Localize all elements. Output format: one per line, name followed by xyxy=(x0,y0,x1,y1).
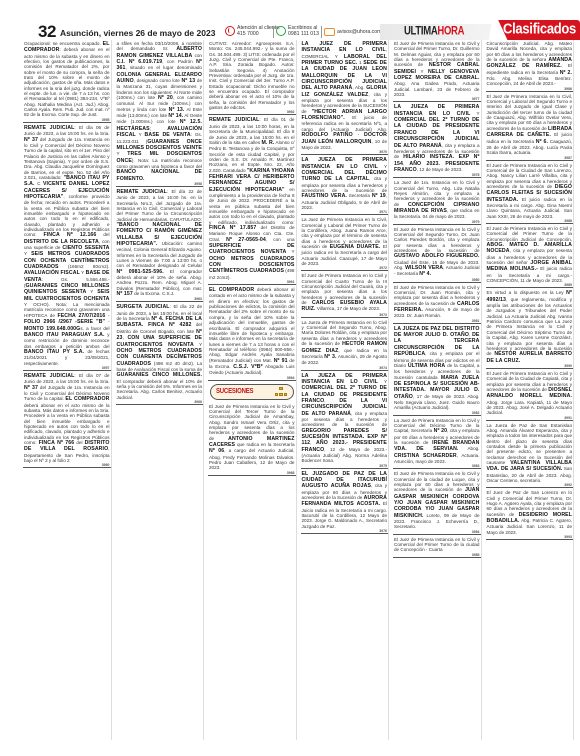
legal-notice: La Juez de 1ra. Instancia en lo Civil y … xyxy=(393,179,481,224)
highlighted-name: LA JUEZA DE PAZ DEL DISTRITO DE MAYOR JU… xyxy=(394,326,480,338)
legal-notice: El Juez de Primera Instancia en lo Civil… xyxy=(486,225,574,288)
highlighted-name: LA JUEZA DE PRIMERA INSTANCIA EN LO CIVI… xyxy=(394,104,480,116)
highlighted-name: Nº 91 xyxy=(274,358,288,364)
notice-code: 3966 xyxy=(117,400,203,404)
highlighted-name: M. R. xyxy=(261,140,274,146)
contact-whatsapp-value: 0981 111 013 xyxy=(288,31,319,37)
notice-code: 3986 xyxy=(487,87,573,91)
highlighted-name: BANCO NACIONAL DE FOMENTO. xyxy=(117,169,203,181)
highlighted-name: FOLIO 2966 /2967 -SERIE "B" xyxy=(24,319,105,325)
notice-text: REMATE JUDICIAL: El día 06 de Junio de 2… xyxy=(24,125,110,366)
column-6: Circunscripción Judicial, Abg. Mateo Dav… xyxy=(486,40,575,740)
highlighted-name: DIOSNEL ARNALDO MORELL MEDINA. xyxy=(487,387,573,399)
notice-text: CUTIVO: Acreedor: Agroexpress S.A. Monto… xyxy=(209,41,295,110)
highlighted-name: SUPERFICIE DE CUATROCIENTOS NOVENTA xyxy=(209,243,295,255)
highlighted-name: COMERCIAL DEL DÉCIMO TURNO DE LA CAPITAL xyxy=(302,170,388,182)
notice-code: 3972 xyxy=(302,266,388,270)
notice-code: 3978 xyxy=(394,173,480,177)
legal-notice: REMATE JUDICIAL: El día 07 de Junio de 2… xyxy=(23,372,111,469)
notice-code: 3968 xyxy=(209,471,295,475)
notice-text: El Juez de Primera Instancia en lo Civil… xyxy=(487,226,573,283)
highlighted-name: C.S.J. VºBº xyxy=(233,364,262,370)
column-1: Ocupacional: se encuentra ocupado. EL CO… xyxy=(23,40,112,740)
notice-code: 3983 xyxy=(394,464,480,468)
highlighted-name: MONTO 199.648.000G xyxy=(24,326,80,332)
notice-code: 3961 xyxy=(209,280,295,284)
highlighted-name: ABOG. MATEO D. AMARILLA NOCEDA xyxy=(487,242,573,254)
highlighted-name: Nº 19 xyxy=(372,193,386,199)
notice-text: La Juez de Primera Instancia en lo Civil… xyxy=(302,217,388,266)
highlighted-name: Nº 37 xyxy=(24,385,38,391)
notice-code: 3960 xyxy=(24,463,110,467)
highlighted-name: EL COMPRADOR xyxy=(24,41,110,53)
highlighted-name: REMATE JUDICIAL xyxy=(117,189,167,195)
legal-notice: a sfiles en fecha 03/10/2008, a nombre d… xyxy=(116,40,204,187)
highlighted-name: DIEGO CARLOS FLEITAS S/ SUCESIÓN INTESTA… xyxy=(487,184,573,203)
notice-text: El Juez de Primera Instancia en lo Civil… xyxy=(487,163,573,219)
highlighted-name: "BANCO NACIONAL DE FOMENTO C/ RAMÓN GIMÉ… xyxy=(117,222,203,247)
notice-code: 3958 xyxy=(117,182,203,186)
issue-date: Asunción, viernes 26 de mayo de 2023 xyxy=(60,28,215,38)
highlighted-name: GUSTAVO ADOLFO FIGUEREDO. xyxy=(394,253,480,259)
contact-email[interactable]: avisos@uhora.com.py xyxy=(324,28,388,36)
column-2: a sfiles en fecha 03/10/2008, a nombre d… xyxy=(116,40,205,740)
notice-text: LA JUEZ DE PRIMERA INSTANCIA EN LO CIVIL… xyxy=(302,41,388,150)
notice-text: a sfiles en fecha 03/10/2008, a nombre d… xyxy=(117,41,203,181)
highlighted-name: RODOLFO PATIÑO xyxy=(302,132,353,138)
legal-notice: LA JUEZA DE PRIMERA INSTANCIA EN LO CIVI… xyxy=(301,372,389,469)
highlighted-name: Nº 20 xyxy=(158,95,173,101)
highlighted-name: AÑO 2023. PRESIDENTE FRANCO xyxy=(394,161,480,173)
highlighted-name: Nº 6. xyxy=(536,139,548,145)
notice-code: 3963 xyxy=(117,297,203,301)
highlighted-name: AÑO 2023.- PRESIDENTE FRANCO xyxy=(302,440,388,452)
column-4: LA JUEZ DE PRIMERA INSTANCIA EN LO CIVIL… xyxy=(301,40,390,740)
highlighted-name: CON UNA SUPERFICIE DE CUATROCIENTOS NOVE… xyxy=(117,335,203,347)
legal-notice: REMATE JUDICIAL: El día 01 de Junio de 2… xyxy=(208,116,296,285)
notice-code: 3974 xyxy=(302,366,388,370)
notice-text: REMATE JUDICIAL: El día 22 de Junio de 2… xyxy=(117,189,203,296)
highlighted-name: HECTOR RAMON GOMEZ DIAZ xyxy=(302,341,388,353)
legal-notice: SURGETA JUDICIAL: El día 22 de Junio de … xyxy=(116,303,204,405)
highlighted-name: Nº 157 xyxy=(117,291,133,297)
notice-text: REMATE JUDICIAL: El día 07 de Junio de 2… xyxy=(24,373,110,463)
legal-notice: El Juez de Primera Instancia en lo Civil… xyxy=(393,40,481,102)
legal-notice: REMATE JUDICIAL: El día 22 de Junio de 2… xyxy=(116,188,204,303)
notice-code: 3971 xyxy=(302,210,388,214)
notice-code: 3979 xyxy=(394,220,480,224)
notice-code: 3982 xyxy=(394,411,480,415)
notice-code: 3984 xyxy=(394,530,480,534)
notice-code: 3977 xyxy=(394,97,480,101)
highlighted-name: GUARANIES ONCE MILLONES DOSCIENTOS VEINT… xyxy=(117,139,203,151)
legal-notice: El Juez de Primera Instancia en lo Civil… xyxy=(393,284,481,324)
legal-notice: LA JUEZ DE PRIMERA INSTANCIA EN LO CIVIL… xyxy=(301,40,389,155)
notice-code: 3957 xyxy=(24,366,110,370)
legal-notice: El Juez de Primera Instancia en lo Civil… xyxy=(393,226,481,283)
notice-text: El Juez de Primera Instancia en lo Civil… xyxy=(394,537,480,553)
notice-text: La Juez de 1ra. Instancia en lo Civil y … xyxy=(394,180,480,219)
section-banner-sucesiones: SUCESIONES xyxy=(210,384,294,400)
legal-notice: EL COMPRADOR deberá abonar al contado en… xyxy=(208,286,296,381)
legal-notice: La Jueza de Paz de San Estanislao Abog. … xyxy=(486,422,574,489)
page-number: 32 xyxy=(38,22,56,42)
highlighted-name: COMERCIAL DEL 2º TURNO DE LA CIUDAD DE P… xyxy=(394,117,480,148)
legal-notice: En virtud a lo dispuesto en la Ley Nº 49… xyxy=(486,289,574,368)
highlighted-name: WILSON VERA xyxy=(405,265,443,271)
highlighted-name: BANCO ITAU PARAGUAY S.A. xyxy=(24,332,105,338)
notice-code: 3993 xyxy=(487,535,573,539)
notice-code: 3991 xyxy=(487,416,573,420)
highlighted-name: CARLOS EUSEBIO AYALA RUIZ. xyxy=(302,300,388,312)
highlighted-name: LIBRADA CARRERA DE CAÑETE. xyxy=(487,126,573,138)
highlighted-name: Nº 2. xyxy=(560,70,572,76)
highlighted-name: EL JUZGADO DE PAZ DE LA CIUDAD DE ITACUR… xyxy=(302,471,388,490)
section-title: Clasificados xyxy=(503,20,576,37)
highlighted-name: Nº 20 xyxy=(434,428,448,434)
family-tree-icon xyxy=(275,387,288,397)
highlighted-name: Nº 3. xyxy=(324,354,336,360)
legal-notice: El Juez de Primera Instancia en lo Civil… xyxy=(486,162,574,224)
whatsapp-icon xyxy=(276,26,286,36)
legal-notice: El Juez de Primera Instancia en lo Civil… xyxy=(393,470,481,534)
legal-notice: CUTIVO: Acreedor: Agroexpress S.A. Monto… xyxy=(208,40,296,115)
highlighted-name: "HECTOR ADRIAN LARGO FLORENCIANO". xyxy=(302,109,388,121)
notice-code: 3970 xyxy=(302,150,388,154)
notice-text: EL COMPRADOR deberá abonar al contado en… xyxy=(209,287,295,375)
highlighted-name: SURGETA JUDICIAL xyxy=(117,304,170,310)
notice-text: El Juez de Primera Instancia en lo Civil… xyxy=(394,471,480,529)
highlighted-name: REMATE JUDICIAL xyxy=(209,117,259,123)
highlighted-name: TRES MIL DOSCIENTOS ONCE xyxy=(117,151,202,163)
contact-whatsapp[interactable]: Escribinos al0981 111 013 xyxy=(276,25,319,37)
notice-code: 3987 xyxy=(487,156,573,160)
highlighted-name: Nº 4. FECHA DE LA SUBASTA. FINCA Nº 4282 xyxy=(117,316,203,328)
legal-notice: El Juez de Primera Instancia en lo Civil… xyxy=(301,272,389,317)
highlighted-name: MARIA ZUELA DE ESPINOLA S/ SUCESIÓN AB-I… xyxy=(394,375,480,400)
highlighted-name: LA JUEZA DE PRIMERA INSTANCIA EN LO CIVI… xyxy=(302,373,388,385)
legal-notice: El Juez de Primera Instancia en lo Civil… xyxy=(486,93,574,161)
notice-text: SURGETA JUDICIAL: El día 22 de Junio de … xyxy=(117,304,203,399)
highlighted-name: Nº 13 xyxy=(181,78,195,84)
highlighted-name: Nº 4992/13 xyxy=(487,290,573,302)
legal-notice: La Juez de Primera Instancia en lo Civil… xyxy=(393,417,481,470)
highlighted-name: AURORA FERNANDA MILTOS ACOSTA. xyxy=(302,495,388,507)
highlighted-name: Nº 27-0565-04 xyxy=(226,237,266,243)
legal-notice: El Juez de Paz de San Lorenzo en lo Civi… xyxy=(486,489,574,540)
highlighted-name: LA JUEZ DE PRIMERA INSTANCIA EN LO CIVIL xyxy=(302,41,388,53)
highlighted-name: Nº 4. xyxy=(419,271,431,277)
highlighted-name: Nº 06 xyxy=(209,448,224,454)
highlighted-name: REMATE JUDICIAL xyxy=(24,373,74,379)
highlighted-name: CIENTO SESENTA xyxy=(62,245,109,251)
divider xyxy=(273,26,274,38)
notice-code: 3988 xyxy=(487,219,573,223)
notice-code: 3964 xyxy=(209,376,295,380)
legal-notice: LA JUEZA DE PRIMERA INSTANCIA EN LO CIVI… xyxy=(393,103,481,178)
mail-icon xyxy=(324,28,335,36)
notice-text: LA JUEZA DE PAZ DEL DISTRITO DE MAYOR JU… xyxy=(394,326,480,410)
notice-text: El Juez de Primera Instancia en lo Civil… xyxy=(487,94,573,155)
legal-notice: REMATE JUDICIAL: El día 06 de Junio de 2… xyxy=(23,124,111,371)
legal-notice: Circunscripción Judicial, Abg. Mateo Dav… xyxy=(486,40,574,92)
notice-code: 3980 xyxy=(394,278,480,282)
highlighted-name: LA JUEZA DE PRIMERA INSTANCIA EN LO CIVI… xyxy=(302,157,388,169)
legal-notice: EL JUZGADO DE PAZ DE LA CIUDAD DE ITACUR… xyxy=(301,470,389,534)
highlighted-name: EL COMPRADOR xyxy=(65,396,109,402)
notice-code: 3981 xyxy=(394,319,480,323)
highlighted-name: JORGE ANIBAL MEDINA MOLINAS.- xyxy=(487,260,573,272)
highlighted-name: Nº 0981-525-596. xyxy=(117,269,164,275)
divider xyxy=(321,26,322,38)
highlighted-name: CARLOS FERREIRA. xyxy=(394,301,480,313)
highlighted-name: VALENTINA VILLALBA VDA. DE JARA S/ SUCES… xyxy=(487,460,573,472)
highlighted-name: AVALUACIÓN FISCAL xyxy=(24,270,80,276)
highlighted-name: NÉSTOR AURELIA BARRETO DE LA CRUZ. xyxy=(487,351,573,363)
notice-text: En virtud a lo dispuesto en la Ley Nº 49… xyxy=(487,290,573,362)
highlighted-name: FINCA Nº 17.857 xyxy=(209,225,256,231)
highlighted-name: "KARINA YHOANA FEHRARI VERA C/ HERIBERTO… xyxy=(209,168,295,193)
notice-text: La Jueza de Primera Instancia en lo Civi… xyxy=(302,320,388,365)
notice-text: Ocupacional: se encuentra ocupado. EL CO… xyxy=(24,41,110,117)
brand-logo: ULTIMAHORA xyxy=(404,25,464,39)
notice-text: Circunscripción Judicial, Abg. Mateo Dav… xyxy=(487,41,573,86)
highlighted-name: OCHO METROS CUADRADOS CON CUARENTA DECÍM… xyxy=(117,348,203,367)
highlighted-name: Nº 13. xyxy=(169,107,185,113)
highlighted-name: EUGENIA DUARTE. xyxy=(330,244,381,250)
classifieds-columns: Ocupacional: se encuentra ocupado. EL CO… xyxy=(23,40,578,740)
notice-code: 3992 xyxy=(487,483,573,487)
highlighted-name: Nº 37 xyxy=(24,137,38,143)
notice-code: 3976 xyxy=(302,529,388,533)
highlighted-name: REMATE JUDICIAL xyxy=(24,125,74,131)
notice-text: El Juez de Primera Instancia en lo Civil… xyxy=(209,404,295,471)
highlighted-name: BANCO ITAU PY S.A. xyxy=(24,349,84,355)
notice-code: 3973 xyxy=(302,313,388,317)
legal-notice: Ocupacional: se encuentra ocupado. EL CO… xyxy=(23,40,111,123)
highlighted-name: FAUSTINO VERA. xyxy=(302,193,347,199)
highlighted-name: ÚLTIMA HORA xyxy=(408,363,445,369)
highlighted-name: DISTRITO DE LA RECOLETA xyxy=(24,239,99,245)
highlighted-name: EL COMPRADOR xyxy=(209,287,254,293)
contact-phone-value: 415 7000 xyxy=(237,31,259,37)
highlighted-name: FECHA 27/07/2016 xyxy=(57,313,105,319)
banner-label: SUCESIONES xyxy=(216,388,253,395)
highlighted-name: AMANDA GONZÁLEZ DE RAMÍREZ. xyxy=(487,57,573,69)
phone-icon xyxy=(225,26,235,36)
notice-text: LA JUEZA DE PRIMERA INSTANCIA EN LO CIVI… xyxy=(302,373,388,464)
legal-notice: La Jueza de Primera Instancia en lo Civi… xyxy=(301,319,389,371)
notice-code: 3990 xyxy=(487,364,573,368)
notice-text: LA JUEZA DE PRIMERA INSTANCIA EN LO CIVI… xyxy=(394,104,480,171)
notice-code: 3985 xyxy=(394,553,480,557)
notice-text: LA JUEZA DE PRIMERA INSTANCIA EN LO CIVI… xyxy=(302,157,388,210)
column-3: CUTIVO: Acreedor: Agroexpress S.A. Monto… xyxy=(208,40,297,740)
highlighted-name: CONCEPCIÓN CIPRIANO MIRANDA DE RIVAS xyxy=(394,202,480,214)
column-5: El Juez de Primera Instancia en lo Civil… xyxy=(393,40,482,740)
legal-notice: LA JUEZA DE PRIMERA INSTANCIA EN LO CIVI… xyxy=(301,156,389,215)
highlighted-name: IRENE BRANDAN VDA. DE SERVIAN. xyxy=(394,440,479,452)
legal-notice: La Juez de Primera Instancia en lo Civil… xyxy=(301,216,389,271)
highlighted-name: C.I. Nº 6.019.719 xyxy=(117,59,163,65)
notice-code: 3989 xyxy=(487,283,573,287)
notice-code: 3962 xyxy=(209,110,295,114)
notice-text: La Juez de Primera Instancia en lo Civil… xyxy=(394,418,480,464)
legal-notice: El Juez de Primera Instancia en lo Civil… xyxy=(208,403,296,476)
highlighted-name: FINCA Nº 766 xyxy=(39,440,75,446)
notice-text: El Juez de Paz de San Lorenzo en lo Civi… xyxy=(487,490,573,534)
highlighted-name: OCHO METROS CUADRADOS CON DOSCIENTOS CEN… xyxy=(209,256,295,275)
notice-text: La Jueza de Paz de San Estanislao Abog. … xyxy=(487,423,573,483)
notice-text: EL JUZGADO DE PAZ DE LA CIUDAD DE ITACUR… xyxy=(302,471,388,529)
notice-text: REMATE JUDICIAL: El día 01 de Junio de 2… xyxy=(209,117,295,279)
highlighted-name: FINCA Nº 12.166 xyxy=(43,232,96,238)
page-header: 32 Asunción, viernes 26 de mayo de 2023 … xyxy=(0,0,580,40)
highlighted-name: SEIS METROS CUADRADOS CON OCHENTA CENTÍM… xyxy=(24,251,110,270)
notice-text: El Juez de Primera Instancia en lo Civil… xyxy=(394,41,480,97)
highlighted-name: VICENTE DANIEL LOPEZ CACERES S/ EJECUCIÓ… xyxy=(24,181,110,200)
highlighted-name: Nº 14. xyxy=(168,113,183,119)
notice-text: El Juez de Primera Instancia en lo Civil… xyxy=(487,371,573,415)
notice-code: 3975 xyxy=(302,464,388,468)
notice-code: 3955 xyxy=(24,118,110,122)
highlighted-name: DESIDERIO MOREL BOBADILLA. xyxy=(487,512,573,524)
highlighted-name: ALBERTO RAMON GIMENEZ VILLALBA xyxy=(117,46,203,58)
legal-notice: El Juez de Primera Instancia en lo Civil… xyxy=(486,370,574,421)
notice-text: El Juez de Primera Instancia en lo Civil… xyxy=(302,273,388,311)
legal-notice: LA JUEZA DE PAZ DEL DISTRITO DE MAYOR JU… xyxy=(393,325,481,416)
highlighted-name: CRISTINA SCHAERDER xyxy=(394,453,457,459)
highlighted-name: GUARANIES CINCO MILLONES. xyxy=(117,372,203,378)
highlighted-name: BASE DE VENTA xyxy=(145,132,191,138)
highlighted-name: ANTONIO MARTINEZ CACERES xyxy=(209,436,295,448)
highlighted-name: JUAN GASPAR MISKINICH CORDOVA Y/O JUAN G… xyxy=(394,487,480,518)
notice-text: El Juez de Primera Instancia en lo Civil… xyxy=(394,285,480,319)
legal-notice: El Juez de Primera Instancia en lo Civil… xyxy=(393,536,481,558)
notice-text: El Juez de Primera Instancia en lo Civil… xyxy=(394,227,480,277)
